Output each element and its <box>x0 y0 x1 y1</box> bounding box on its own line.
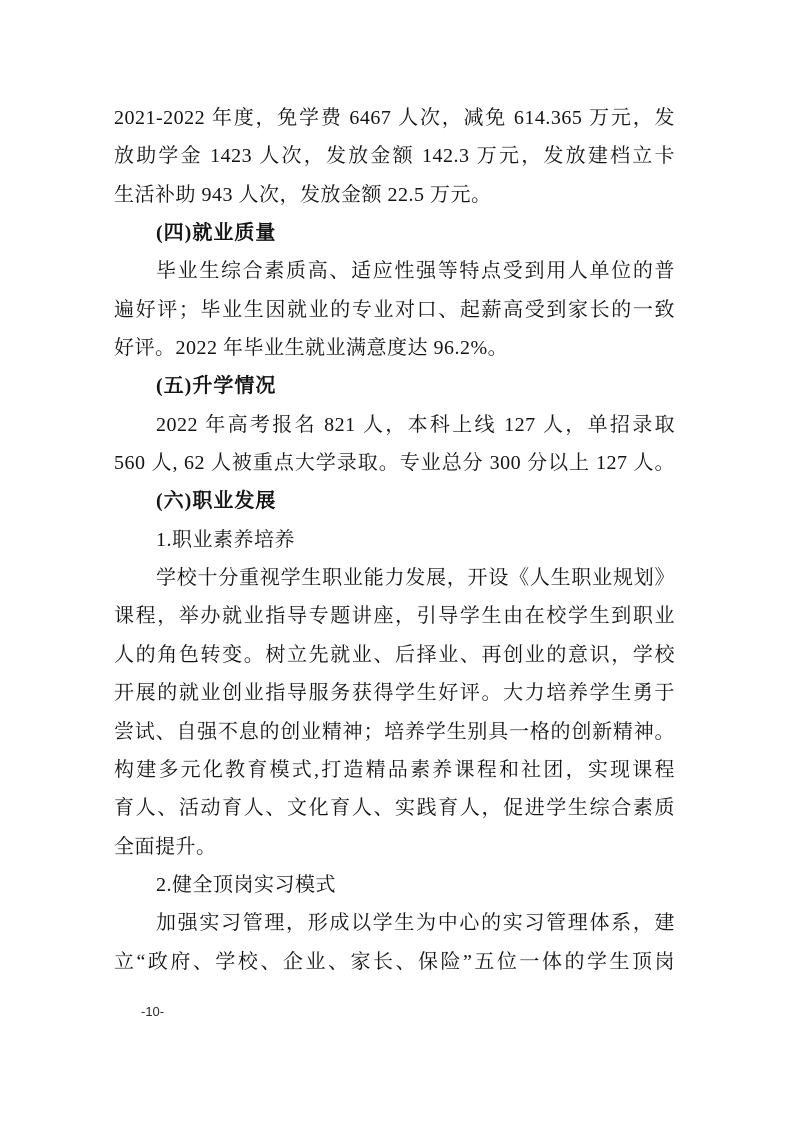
paragraph-line: 开展的就业创业指导服务获得学生好评。大力培养学生勇于 <box>114 674 675 712</box>
paragraph-line: 立“政府、学校、企业、家长、保险”五位一体的学生顶岗 <box>114 943 675 981</box>
page-number: -10- <box>141 1004 164 1019</box>
subsection-title: 1.职业素养培养 <box>114 521 675 559</box>
document-page: 2021-2022 年度，免学费 6467 人次，减免 614.365 万元，发… <box>0 0 793 1122</box>
paragraph-line: 学校十分重视学生职业能力发展，开设《人生职业规划》 <box>114 559 675 597</box>
section-heading: (六)职业发展 <box>114 482 675 520</box>
page-body: 2021-2022 年度，免学费 6467 人次，减免 614.365 万元，发… <box>114 99 675 981</box>
paragraph-line: 2021-2022 年度，免学费 6467 人次，减免 614.365 万元，发 <box>114 99 675 137</box>
paragraph-line: 2022 年高考报名 821 人，本科上线 127 人，单招录取 <box>114 406 675 444</box>
paragraph-line: 课程，举办就业指导专题讲座，引导学生由在校学生到职业 <box>114 597 675 635</box>
paragraph-line: 构建多元化教育模式,打造精品素养课程和社团，实现课程 <box>114 751 675 789</box>
subsection-title: 2.健全顶岗实习模式 <box>114 866 675 904</box>
paragraph-line: 560 人, 62 人被重点大学录取。专业总分 300 分以上 127 人。 <box>114 444 675 482</box>
paragraph-line: 全面提升。 <box>114 828 675 866</box>
paragraph-line: 好评。2022 年毕业生就业满意度达 96.2%。 <box>114 329 675 367</box>
paragraph-line: 放助学金 1423 人次，发放金额 142.3 万元，发放建档立卡 <box>114 137 675 175</box>
paragraph-line: 生活补助 943 人次，发放金额 22.5 万元。 <box>114 176 675 214</box>
paragraph-line: 育人、活动育人、文化育人、实践育人，促进学生综合素质 <box>114 789 675 827</box>
paragraph-line: 毕业生综合素质高、适应性强等特点受到用人单位的普 <box>114 252 675 290</box>
paragraph-line: 加强实习管理，形成以学生为中心的实习管理体系，建 <box>114 904 675 942</box>
paragraph-line: 尝试、自强不息的创业精神；培养学生别具一格的创新精神。 <box>114 713 675 751</box>
section-heading: (五)升学情况 <box>114 367 675 405</box>
paragraph-line: 遍好评；毕业生因就业的专业对口、起薪高受到家长的一致 <box>114 291 675 329</box>
paragraph-line: 人的角色转变。树立先就业、后择业、再创业的意识，学校 <box>114 636 675 674</box>
section-heading: (四)就业质量 <box>114 214 675 252</box>
